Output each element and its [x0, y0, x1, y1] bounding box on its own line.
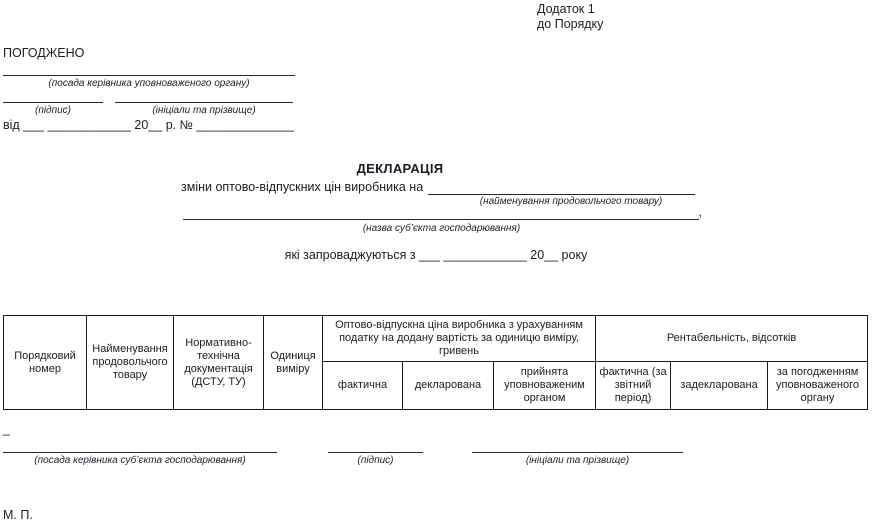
effective-date-line: які запроваджуються з ___ ____________ 2… — [0, 248, 872, 263]
group-header-profitability: Рентабельність, відсотків — [596, 316, 868, 362]
col-header-unit: Одиниця виміру — [264, 316, 323, 410]
col-header-normative-docs: Нормативно-технічна документація (ДСТУ, … — [174, 316, 264, 410]
col-header-profit-approved: за погодженням уповноваженого органу — [768, 362, 868, 410]
annex-line-1: Додаток 1 — [537, 2, 603, 17]
col-header-serial-number: Порядковий номер — [4, 316, 87, 410]
approved-position-blank-line — [3, 62, 295, 76]
approved-date-number-line: від ___ ____________ 20__ р. № _________… — [3, 118, 294, 133]
footer-position-blank-line — [3, 439, 277, 453]
col-header-product-name: Найменування продовольчого товару — [87, 316, 174, 410]
approved-name-caption: (ініціали та прізвище) — [115, 105, 293, 117]
approved-title: ПОГОДЖЕНО — [3, 46, 84, 61]
document-page: Додаток 1 до Порядку ПОГОДЖЕНО (посада к… — [0, 0, 872, 531]
footer-name-blank-line — [472, 439, 683, 453]
declaration-title: ДЕКЛАРАЦІЯ — [0, 161, 800, 176]
col-header-profit-declared: задекларована — [671, 362, 768, 410]
approved-name-blank-line — [115, 89, 293, 103]
declaration-subtitle-row: зміни оптово-відпускних цін виробника на — [181, 180, 695, 195]
entity-name-row: , — [183, 206, 702, 220]
group-header-wholesale-price: Оптово-відпускна ціна виробника з урахув… — [323, 316, 596, 362]
footer-signature-blank-line — [328, 439, 423, 453]
entity-name-comma: , — [699, 205, 702, 220]
footer-name-caption: (ініціали та прізвище) — [472, 455, 683, 467]
annex-line-2: до Порядку — [537, 17, 603, 32]
col-header-price-actual: фактична — [323, 362, 403, 410]
approved-signature-blank-line — [3, 89, 103, 103]
entity-name-caption: (назва суб’єкта господарювання) — [183, 223, 700, 235]
declaration-subtitle: зміни оптово-відпускних цін виробника на — [181, 180, 423, 195]
footer-position-caption: (посада керівника суб’єкта господарюванн… — [3, 455, 277, 467]
price-declaration-table: Порядковий номер Найменування продовольч… — [3, 315, 868, 410]
footer-dash: _ — [3, 422, 10, 437]
col-header-price-declared: декларована — [403, 362, 494, 410]
approved-signature-caption: (підпис) — [3, 105, 103, 117]
footer-signature-caption: (підпис) — [328, 455, 423, 467]
col-header-profit-actual: фактична (за звітний період) — [596, 362, 671, 410]
product-name-blank-line — [428, 181, 695, 195]
stamp-place-label: М. П. — [3, 508, 33, 523]
entity-name-blank-line — [183, 206, 699, 220]
col-header-price-accepted: прийнята уповноваженим органом — [494, 362, 596, 410]
annex-reference: Додаток 1 до Порядку — [537, 2, 603, 32]
